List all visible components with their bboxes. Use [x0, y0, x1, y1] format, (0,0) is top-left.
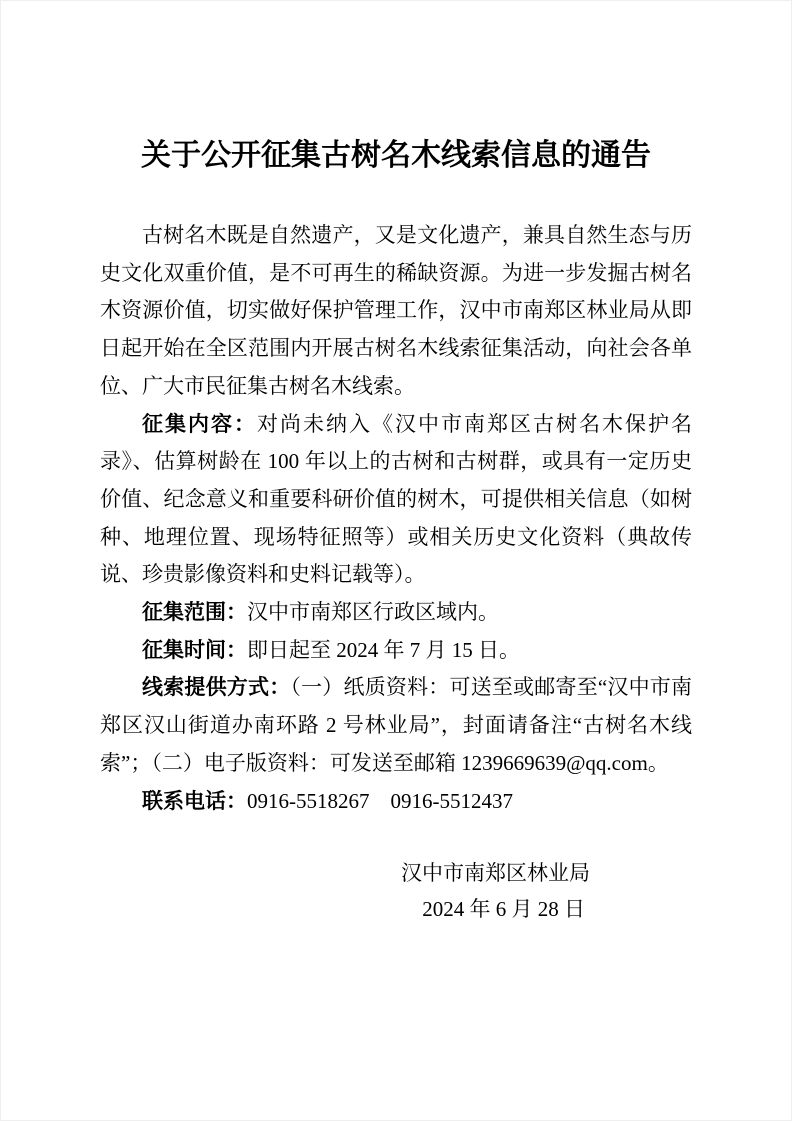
paragraph-text-run: 对尚未纳入《汉中市南郑区古树名木保护名录》、估算树龄在 100 年以上的古树和古… [100, 412, 692, 587]
paragraph: 古树名木既是自然遗产，又是文化遗产，兼具自然生态与历史文化双重价值，是不可再生的… [100, 217, 692, 406]
paragraph: 征集内容：对尚未纳入《汉中市南郑区古树名木保护名录》、估算树龄在 100 年以上… [100, 406, 692, 595]
paragraph: 征集范围：汉中市南郑区行政区域内。 [100, 594, 692, 632]
signature-date: 2024 年 6 月 28 日 [0, 891, 792, 927]
document-title: 关于公开征集古树名木线索信息的通告 [0, 0, 792, 178]
signature-block: 汉中市南郑区林业局 2024 年 6 月 28 日 [0, 855, 792, 927]
paragraph: 征集时间：即日起至 2024 年 7 月 15 日。 [100, 632, 692, 670]
paragraph-label-run: 征集范围： [142, 600, 247, 624]
paragraph-label-run: 征集内容： [142, 412, 257, 436]
paragraph: 联系电话：0916-5518267 0916-5512437 [100, 783, 692, 821]
paragraph-text-run: 古树名木既是自然遗产，又是文化遗产，兼具自然生态与历史文化双重价值，是不可再生的… [100, 223, 692, 398]
document-body: 古树名木既是自然遗产，又是文化遗产，兼具自然生态与历史文化双重价值，是不可再生的… [100, 217, 692, 820]
paragraph-text-run: 汉中市南郑区行政区域内。 [247, 600, 499, 624]
document-page: 关于公开征集古树名木线索信息的通告 古树名木既是自然遗产，又是文化遗产，兼具自然… [0, 0, 792, 1121]
paragraph-text-run: 0916-5518267 0916-5512437 [247, 789, 513, 813]
paragraph-label-run: 联系电话： [142, 789, 247, 813]
paragraph-text-run: 即日起至 2024 年 7 月 15 日。 [247, 638, 520, 662]
signature-org: 汉中市南郑区林业局 [0, 855, 792, 891]
paragraph-label-run: 征集时间： [142, 638, 247, 662]
paragraph-label-run: 线索提供方式： [142, 675, 290, 699]
paragraph: 线索提供方式：（一）纸质资料：可送至或邮寄至“汉中市南郑区汉山街道办南环路 2 … [100, 669, 692, 782]
